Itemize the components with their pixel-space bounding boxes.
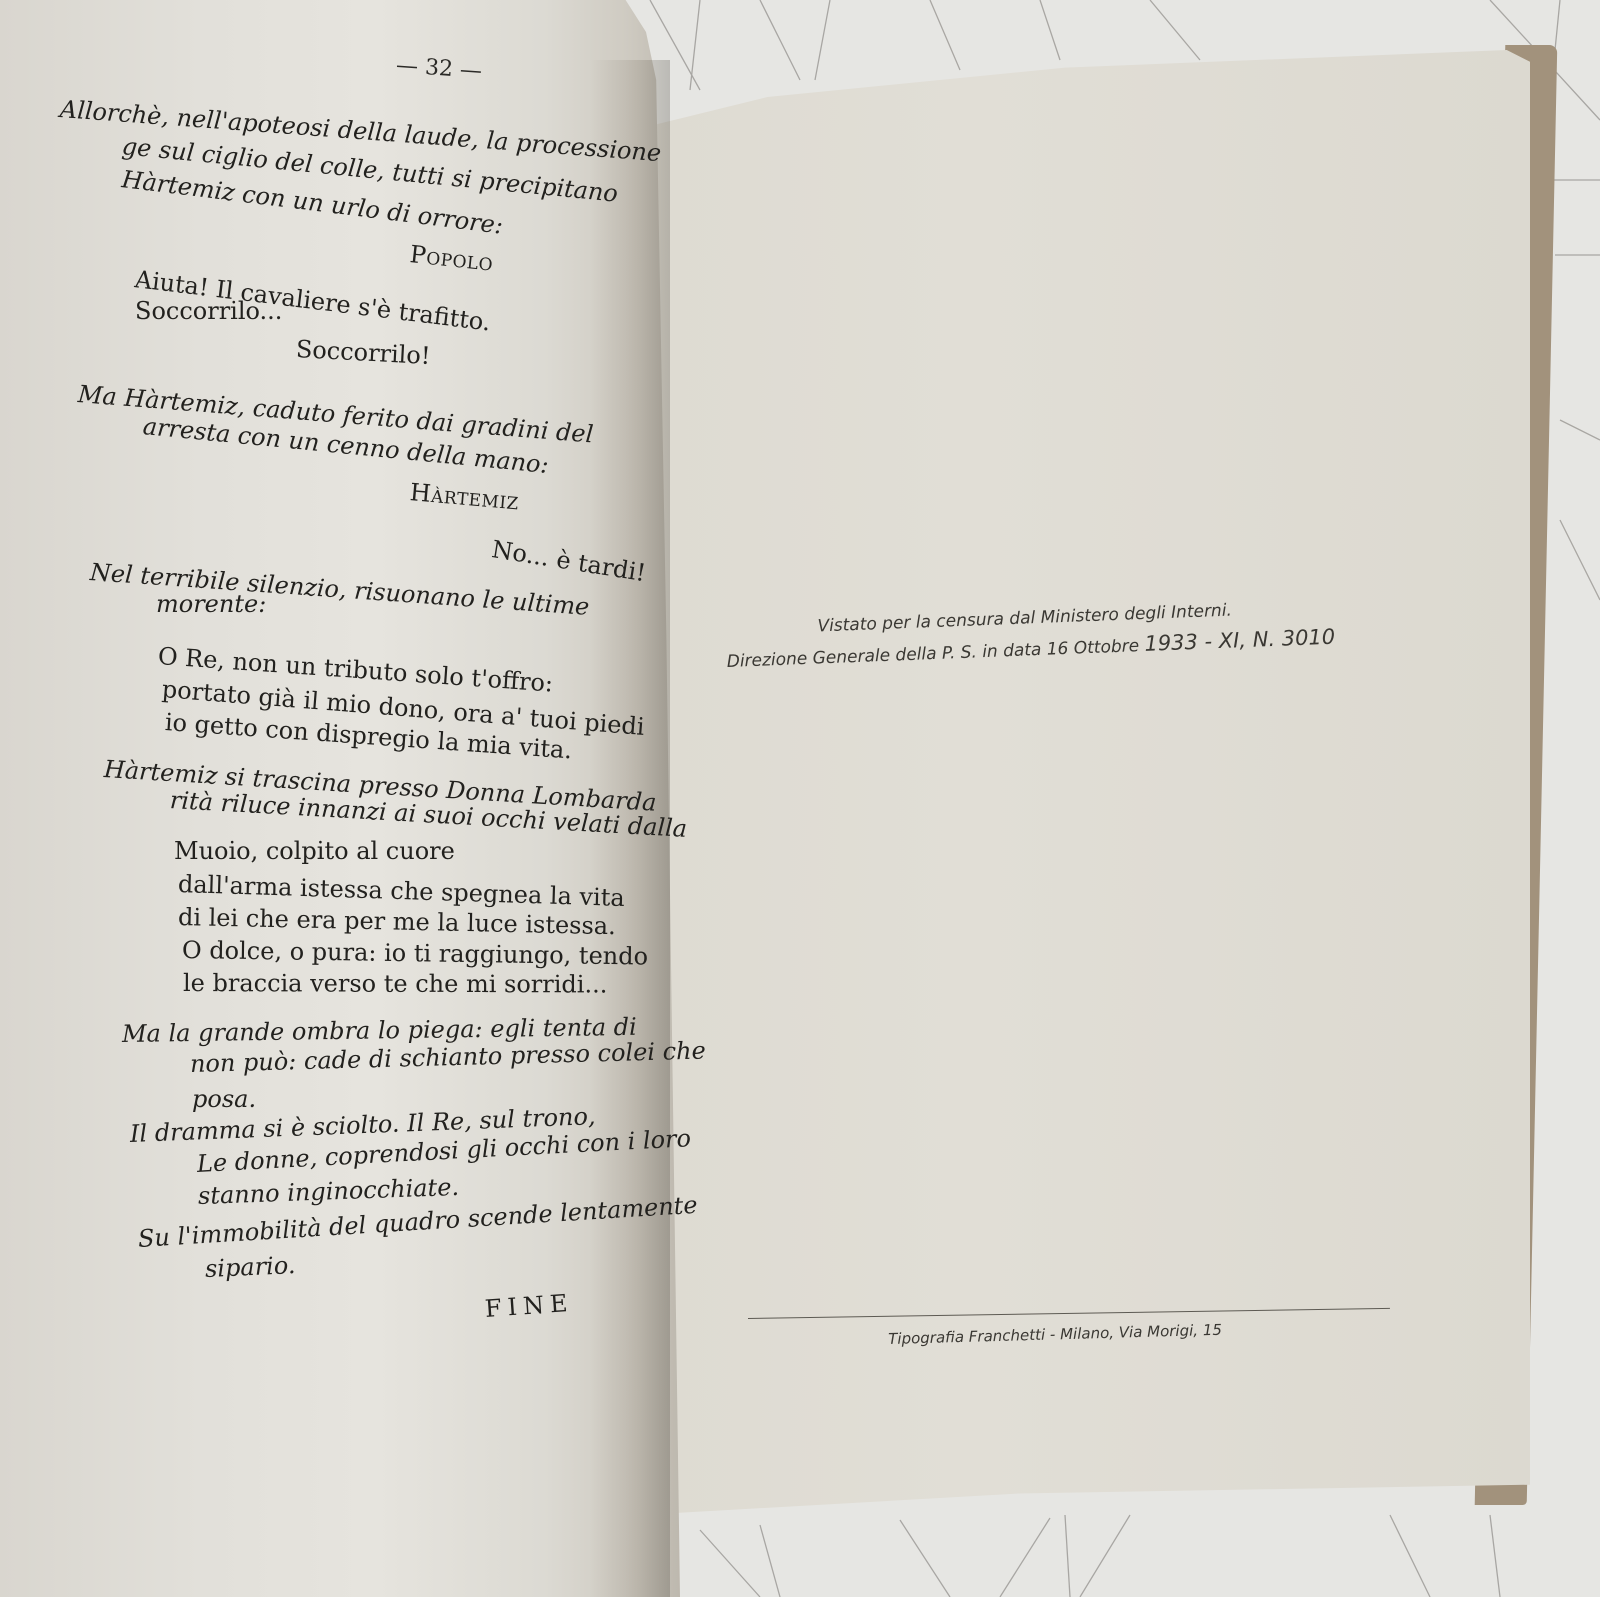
verse-line: Soccorrilo...: [135, 297, 282, 325]
censorship-date-number: 1933 - XI, N. 3010: [1144, 625, 1336, 656]
stage-direction-line: posa.: [192, 1085, 256, 1113]
verse-line: Muoio, colpito al cuore: [174, 837, 455, 865]
verse-line: le braccia verso te che mi sorridi...: [183, 969, 607, 998]
right-page-colophon: [600, 50, 1530, 1520]
stage-direction-line: morente:: [156, 590, 266, 618]
stage-direction-line: sipario.: [204, 1251, 296, 1283]
